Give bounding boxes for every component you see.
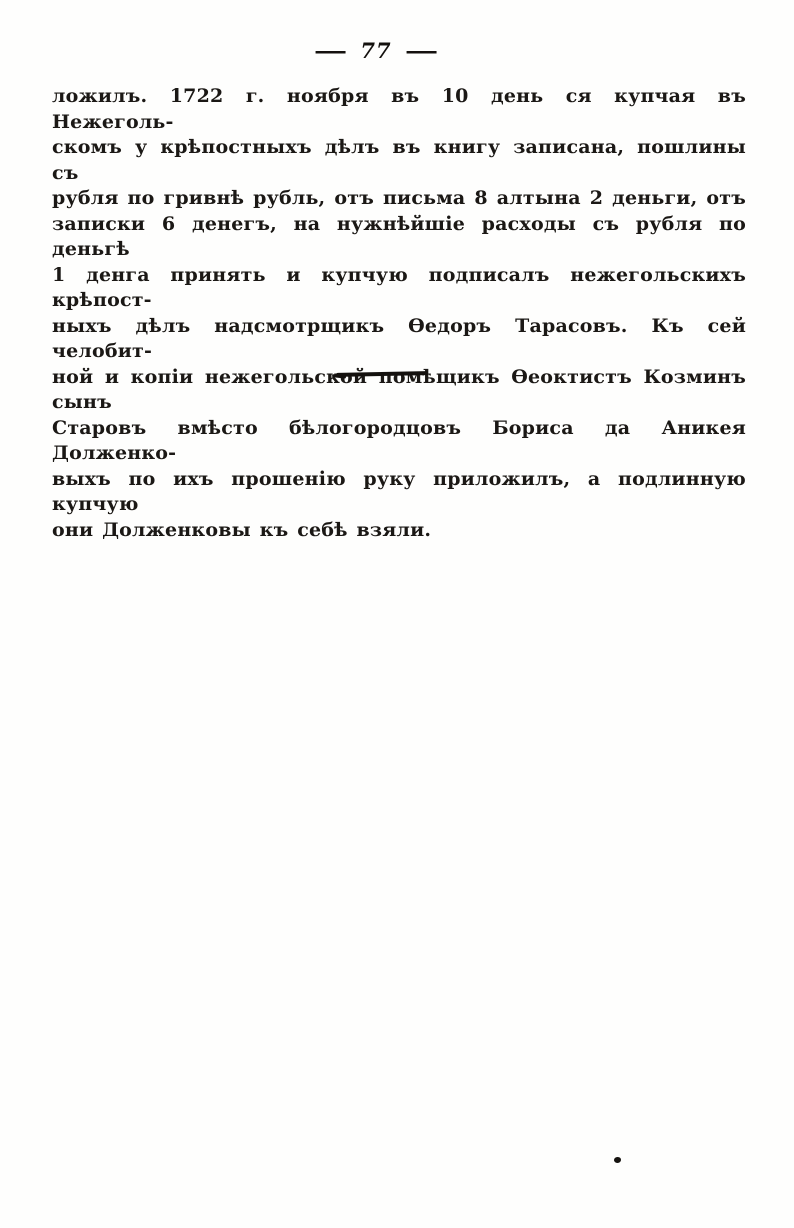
text-line: 1 денга принять и купчую подписалъ нежег… (52, 263, 746, 314)
page-number-left-dash: — (314, 38, 348, 63)
text-line: выхъ по ихъ прошенію руку приложилъ, а п… (52, 467, 746, 518)
text-line: ныхъ дѣлъ надсмотрщикъ Ѳедоръ Тарасовъ. … (52, 314, 746, 365)
text-line: записки 6 денегъ, на нужнѣйшіе расходы с… (52, 212, 746, 263)
text-line: Старовъ вмѣсто бѣлогородцовъ Бориса да А… (52, 416, 746, 467)
body-paragraph: ложилъ. 1722 г. ноября въ 10 день ся куп… (52, 84, 746, 543)
text-line: рубля по гривнѣ рубль, отъ письма 8 алты… (52, 186, 746, 212)
text-line: скомъ у крѣпостныхъ дѣлъ въ книгу записа… (52, 135, 746, 186)
text-line: ложилъ. 1722 г. ноября въ 10 день ся куп… (52, 84, 746, 135)
text-line-last: они Долженковы къ себѣ взяли. (52, 518, 746, 544)
page-number: — 77 — (0, 38, 752, 63)
page-number-value: 77 (360, 38, 391, 63)
scanned-page: — 77 — ложилъ. 1722 г. ноября въ 10 день… (0, 0, 794, 1228)
ink-speck (614, 1157, 621, 1163)
page-number-right-dash: — (405, 38, 439, 63)
